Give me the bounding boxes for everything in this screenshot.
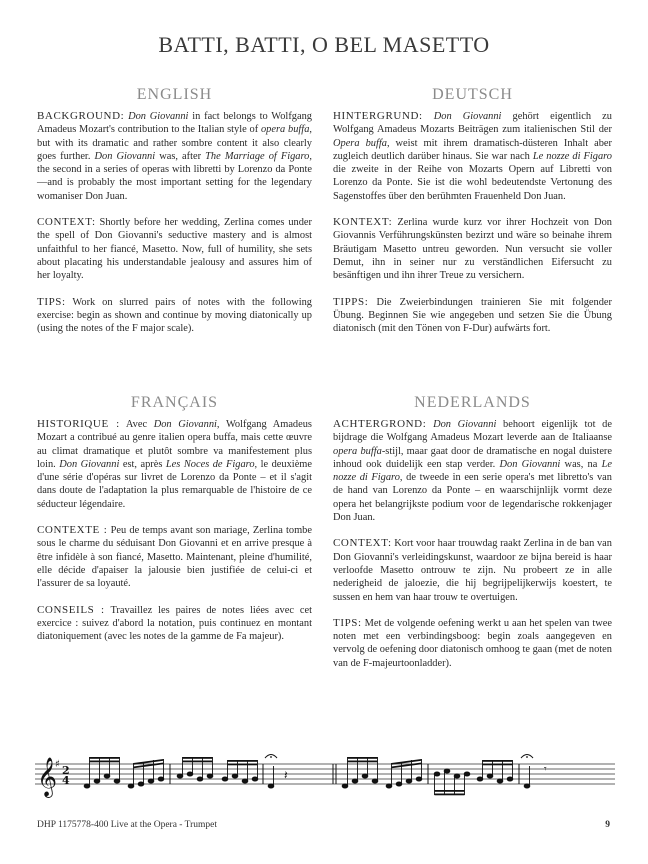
svg-text:𝄽: 𝄽 — [284, 768, 288, 782]
english-column: ENGLISH BACKGROUND: Don Giovanni in fact… — [37, 88, 312, 348]
svg-text:𝄾: 𝄾 — [544, 764, 547, 775]
svg-text:♯: ♯ — [55, 759, 60, 770]
deutsch-context: KONTEXT: Zerlina wurde kurz vor ihrer Ho… — [333, 216, 612, 282]
english-background: BACKGROUND: Don Giovanni in fact belongs… — [37, 110, 312, 203]
page-title: BATTI, BATTI, O BEL MASETTO — [0, 32, 648, 58]
footer-catalog-text: DHP 1175778-400 Live at the Opera - Trum… — [37, 820, 217, 830]
francais-tips: CONSEILS : Travaillez les paires de note… — [37, 604, 312, 644]
page-number: 9 — [605, 820, 610, 830]
music-staff: 𝄞 ♯ 2 4 — [35, 752, 615, 802]
time-signature-bottom: 4 — [62, 774, 70, 787]
nederlands-heading: NEDERLANDS — [333, 396, 612, 415]
english-heading: ENGLISH — [37, 88, 312, 107]
deutsch-background: HINTERGRUND: Don Giovanni gehört eigentl… — [333, 110, 612, 203]
english-tips: TIPS: Work on slurred pairs of notes wit… — [37, 296, 312, 336]
deutsch-column: DEUTSCH HINTERGRUND: Don Giovanni gehört… — [333, 88, 612, 348]
nederlands-context: CONTEXT: Kort voor haar trouwdag raakt Z… — [333, 537, 612, 603]
francais-background: HISTORIQUE : Avec Don Giovanni, Wolfgang… — [37, 418, 312, 511]
deutsch-heading: DEUTSCH — [333, 88, 612, 107]
francais-column: FRANÇAIS HISTORIQUE : Avec Don Giovanni,… — [37, 396, 312, 656]
francais-heading: FRANÇAIS — [37, 396, 312, 415]
english-context: CONTEXT: Shortly before her wedding, Zer… — [37, 216, 312, 282]
nederlands-column: NEDERLANDS ACHTERGROND: Don Giovanni beh… — [333, 396, 612, 683]
francais-context: CONTEXTE : Peu de temps avant son mariag… — [37, 524, 312, 590]
nederlands-background: ACHTERGROND: Don Giovanni behoort eigenl… — [333, 418, 612, 524]
nederlands-tips: TIPS: Met de volgende oefening werkt u a… — [333, 617, 612, 670]
deutsch-tips: TIPPS: Die Zweierbindungen trainieren Si… — [333, 296, 612, 336]
